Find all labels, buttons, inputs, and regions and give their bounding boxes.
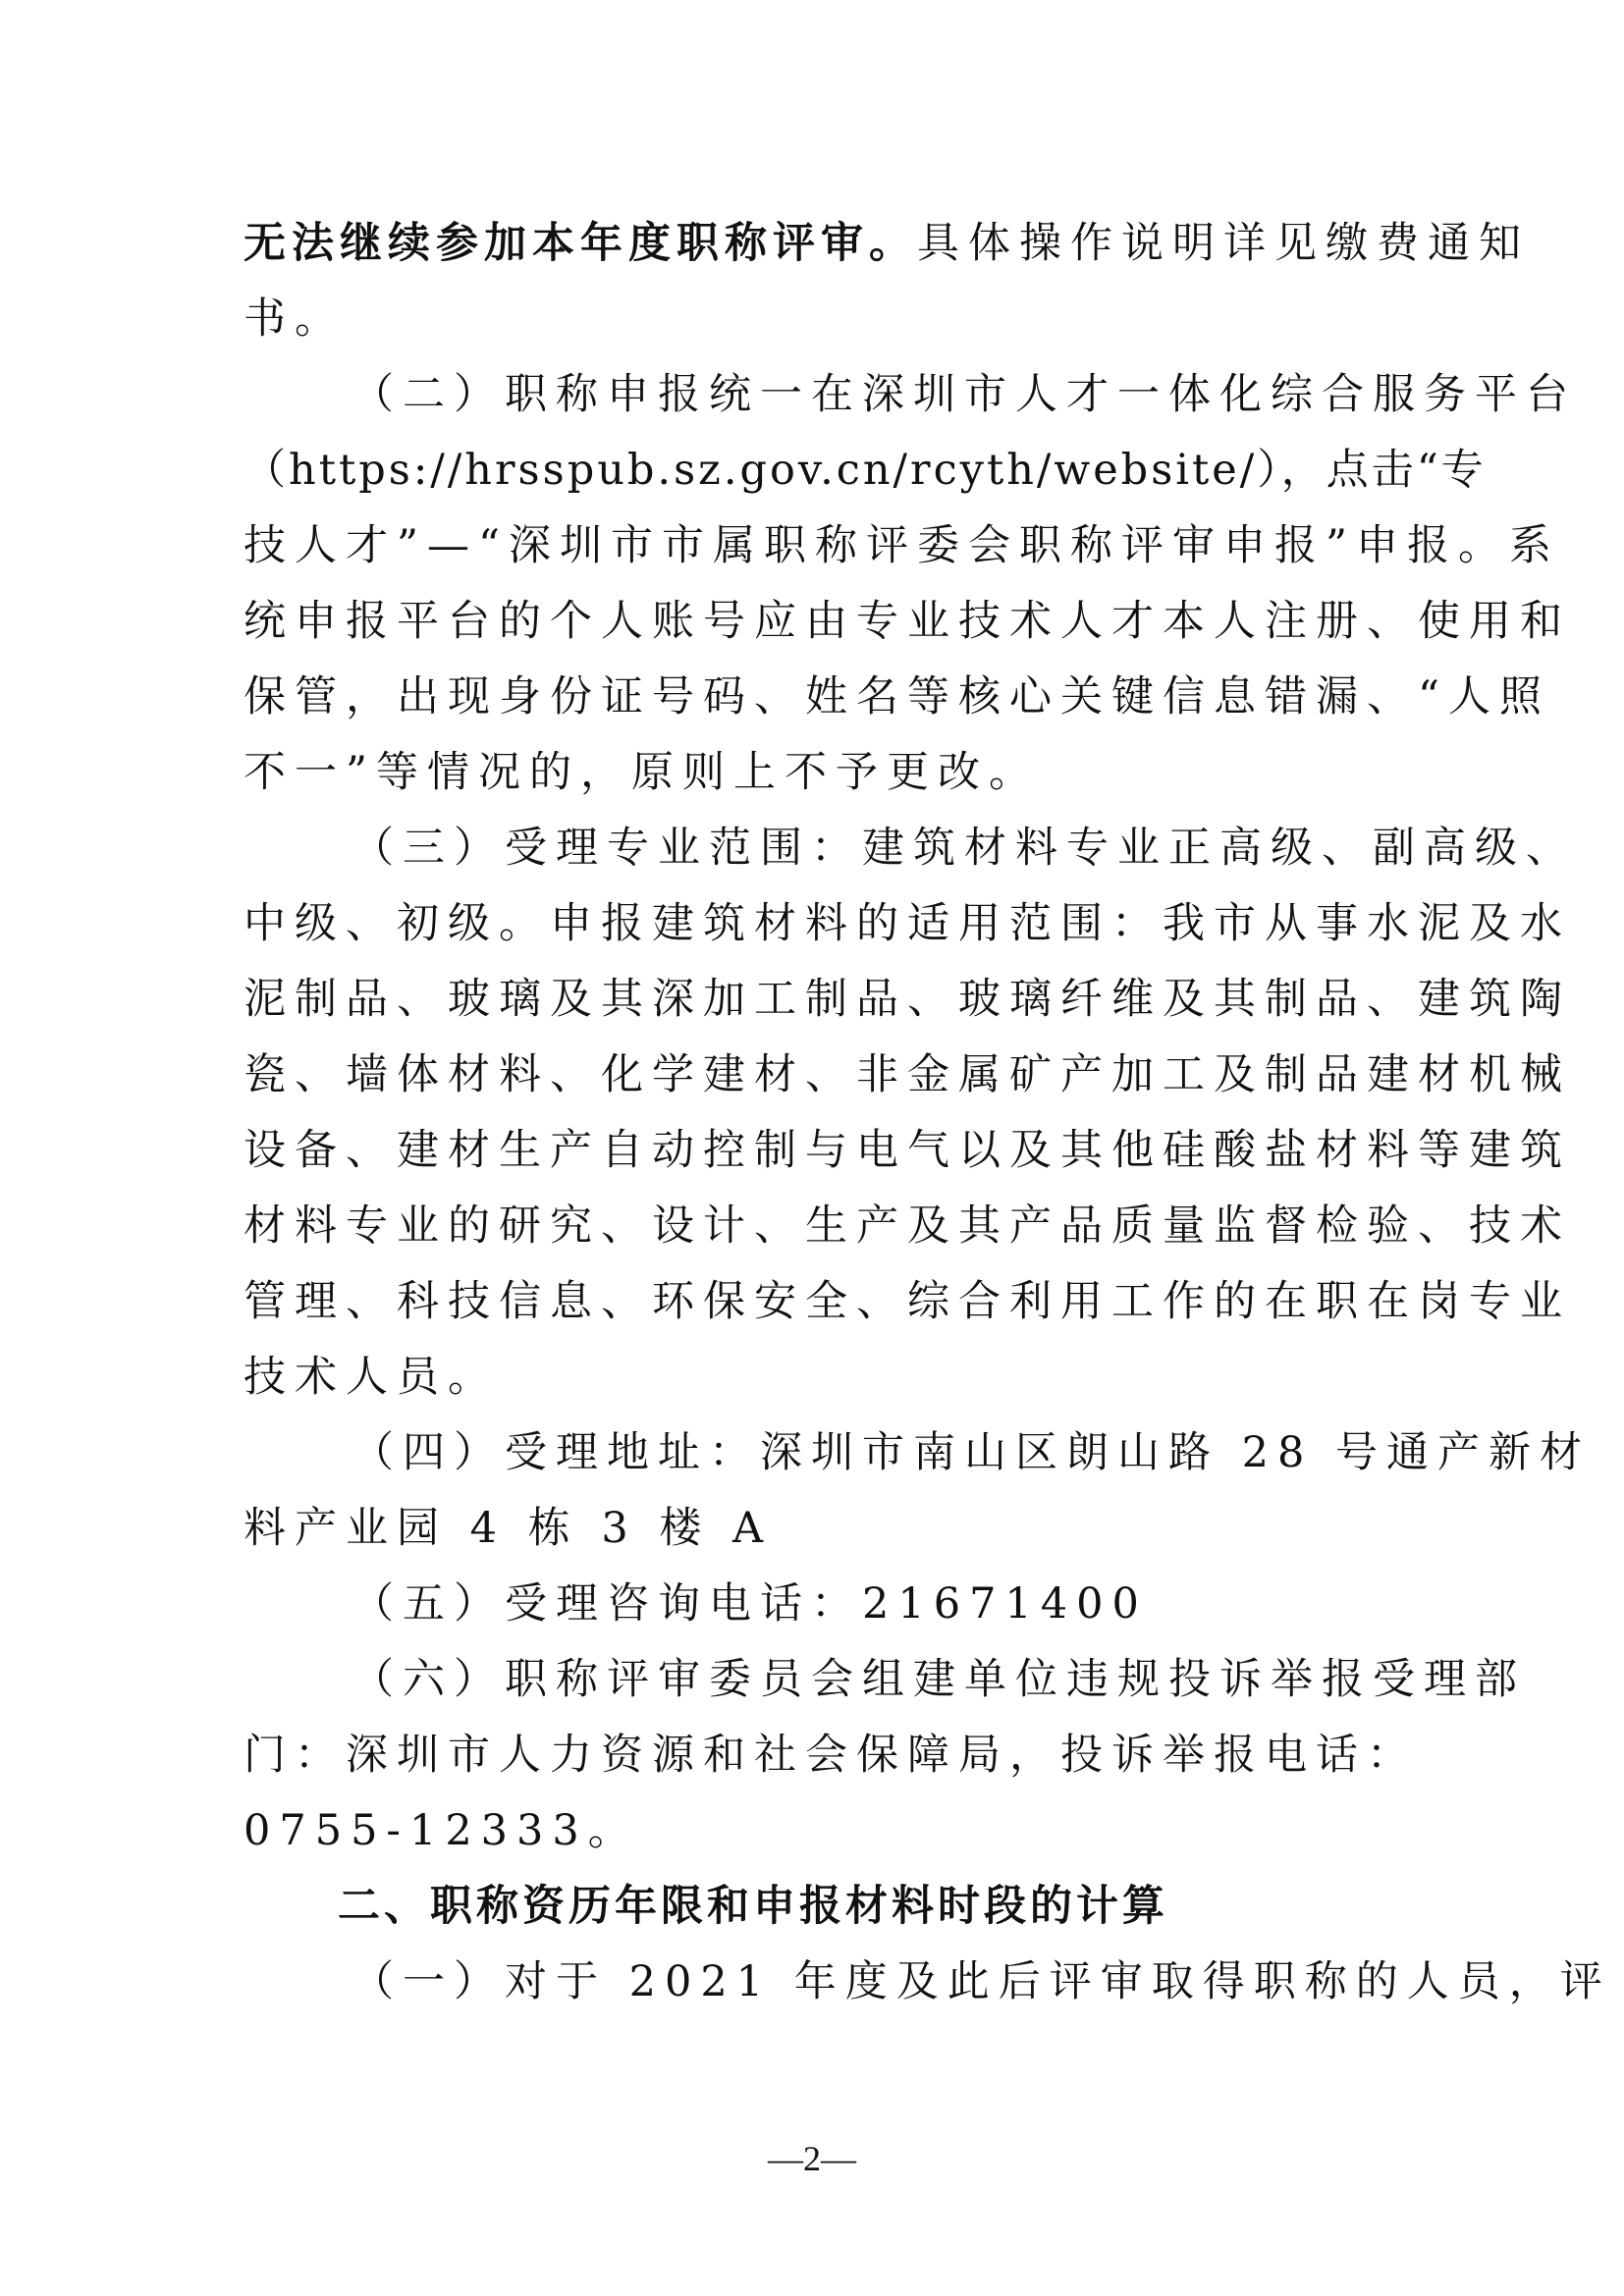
item3-line: 技术人员。 [244, 1340, 1387, 1415]
item3-line: 瓷、墙体材料、化学建材、非金属矿产加工及制品建材机械 [244, 1038, 1387, 1113]
section2-first-line: （一）对于 2021 年度及此后评审取得职称的人员，评 [244, 1945, 1387, 2020]
item3-line: 材料专业的研究、设计、生产及其产品质量监督检验、技术 [244, 1189, 1387, 1264]
item3-line: 管理、科技信息、环保安全、综合利用工作的在职在岗专业 [244, 1264, 1387, 1340]
item6-line: 0755-12333。 [244, 1793, 1387, 1869]
document-page: 无法继续参加本年度职称评审。具体操作说明详见缴费通知 书。 （二）职称申报统一在… [0, 0, 1624, 2296]
item3-line: 中级、初级。申报建筑材料的适用范围：我市从事水泥及水 [244, 886, 1387, 962]
item2-line: 保管，出现身份证号码、姓名等核心关键信息错漏、“人照 [244, 660, 1387, 735]
section-heading: 二、职称资历年限和申报材料时段的计算 [244, 1869, 1387, 1945]
paragraph-line: 书。 [244, 282, 1387, 357]
document-body: 无法继续参加本年度职称评审。具体操作说明详见缴费通知 书。 （二）职称申报统一在… [244, 206, 1387, 2020]
item3-line: 设备、建材生产自动控制与电气以及其他硅酸盐材料等建筑 [244, 1113, 1387, 1189]
item4-line: （四）受理地址：深圳市南山区朗山路 28 号通产新材 [244, 1415, 1387, 1491]
item5-line: （五）受理咨询电话：21671400 [244, 1567, 1387, 1642]
bold-notice-text: 无法继续参加本年度职称评审。 [244, 219, 917, 268]
item2-url-line: （https://hrsspub.sz.gov.cn/rcyth/website… [244, 433, 1387, 508]
paragraph-line: 无法继续参加本年度职称评审。具体操作说明详见缴费通知 [244, 206, 1387, 282]
item6-line: （六）职称评审委员会组建单位违规投诉举报受理部 [244, 1642, 1387, 1718]
item6-line: 门：深圳市人力资源和社会保障局，投诉举报电话： [244, 1718, 1387, 1793]
item3-line: 泥制品、玻璃及其深加工制品、玻璃纤维及其制品、建筑陶 [244, 962, 1387, 1038]
item4-line: 料产业园 4 栋 3 楼 A [244, 1491, 1387, 1567]
item2-line: （二）职称申报统一在深圳市人才一体化综合服务平台 [244, 357, 1387, 433]
item2-line: 技人才”—“深圳市市属职称评委会职称评审申报”申报。系 [244, 508, 1387, 584]
item3-line: （三）受理专业范围：建筑材料专业正高级、副高级、 [244, 811, 1387, 886]
page-number: —2— [0, 2138, 1624, 2179]
item2-line: 不一”等情况的，原则上不予更改。 [244, 735, 1387, 811]
notice-text: 具体操作说明详见缴费通知 [917, 219, 1530, 268]
item2-line: 统申报平台的个人账号应由专业技术人才本人注册、使用和 [244, 584, 1387, 660]
